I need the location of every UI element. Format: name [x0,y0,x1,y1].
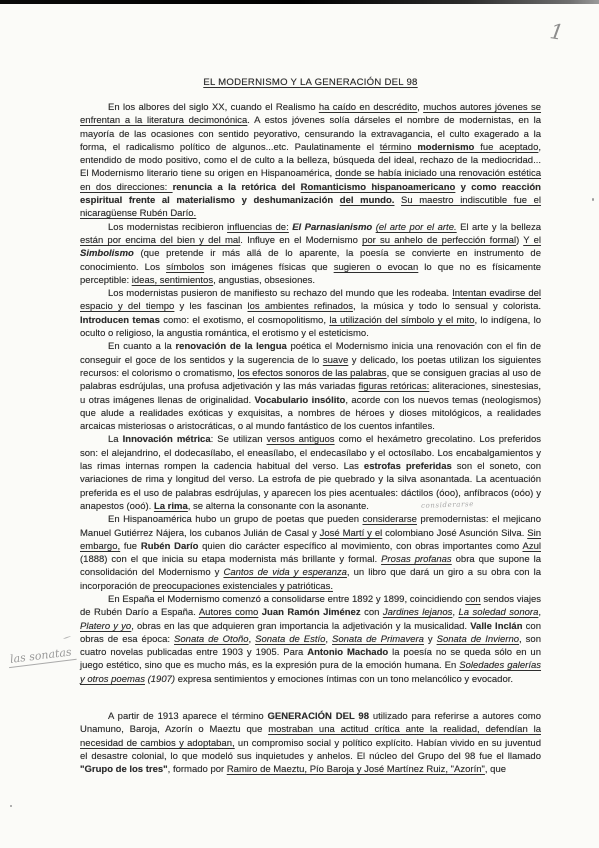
text-segment: , [538,607,541,618]
text-segment: expresa sentimientos y emociones íntimas… [175,674,513,685]
text-segment: Jardines lejanos [383,607,453,618]
text-segment: GENERACIÓN DEL 98 [268,711,370,722]
document-title: EL MODERNISMO Y LA GENERACIÓN DEL 98 [80,77,541,88]
text-segment: , formado por [168,764,227,775]
text-segment: : Se utilizan [211,434,267,445]
handwritten-margin-note: las sonatas [7,645,76,668]
text-segment: fue [120,541,141,552]
text-segment: , angustias, obsesiones. [213,275,315,286]
text-segment: los ambientes refinados [248,301,354,312]
text-segment: fue aceptado [474,142,538,153]
paragraph: A partir de 1913 aparece el término GENE… [80,710,541,776]
paragraph: En Hispanoamérica hubo un grupo de poeta… [80,513,541,593]
text-segment: Platero y yo [80,621,131,632]
text-segment: Romanticismo hispanoamericano [301,182,456,193]
text-segment: figuras retóricas: [359,381,430,392]
text-segment: Sonata de Estío [255,634,325,645]
text-segment: están por encima del bien y del mal [80,235,240,246]
text-segment: Sonata de Invierno [437,634,519,645]
text-segment: símbolos [166,262,204,273]
text-segment: Antonio Machado [307,647,388,658]
text-segment: . Influye en el Modernismo [240,235,362,246]
text-segment: modernismo [417,142,474,153]
text-segment: El Parnasianismo [292,222,372,233]
paragraph: En España el Modernismo comenzó a consol… [80,593,541,686]
text-segment: La soledad sonora [459,607,539,618]
text-segment: renuncia a la retórica del [173,182,301,193]
text-segment: versos antiguos [267,434,335,445]
text-segment: considerarse [363,514,417,525]
text-segment: El arte y la belleza [457,222,541,233]
text-segment: (1907) [145,674,175,685]
text-segment: la utilización del símbolo y el mito [329,315,474,326]
text-segment: Innovación métrica [123,434,211,445]
text-segment: son imágenes físicas que [204,262,334,273]
text-segment: En España el Modernismo comenzó a consol… [108,594,465,605]
text-segment: y [424,634,437,645]
text-segment: Vocabulario insólito [255,395,346,406]
text-segment: (el arte por el arte. [376,222,457,233]
text-segment: Autores como [199,607,258,618]
text-segment: sugieren o evocan [334,262,419,273]
scan-speckle [592,198,594,201]
text-segment: Rubén Darío [141,541,199,552]
text-segment: La [108,434,123,445]
text-segment: En Hispanoamérica hubo un grupo de poeta… [108,514,363,525]
paragraph: Los modernistas pusieron de manifiesto s… [80,287,541,340]
text-segment: Cantos de vida y esperanza [223,567,346,578]
text-segment: renovación de la lengua [175,341,286,352]
text-segment: Sonata de Otoño [174,634,249,645]
paragraph: Los modernistas recibieron influencias d… [80,221,541,287]
text-segment: , obras en las que adquieren gran import… [131,621,470,632]
text-segment: "Grupo de los tres" [80,764,168,775]
scanned-document-page: 1 EL MODERNISMO Y LA GENERACIÓN DEL 98 E… [0,0,599,848]
text-segment: , la música y todo lo sensual y colorist… [353,301,541,312]
text-segment: Los modernistas pusieron de manifiesto s… [108,288,452,299]
text-segment: Prosas profanas [381,554,452,565]
paragraph: En cuanto a la renovación de la lengua p… [80,340,541,433]
text-segment: Simbolismo [80,248,134,259]
text-segment: con [465,594,480,605]
scanner-edge-artifact [0,0,599,4]
paragraph: En los albores del siglo XX, cuando el R… [80,101,541,221]
text-segment: Ramiro de Maeztu, Pío Baroja y José Mart… [227,764,485,775]
text-segment: José Martí y el [320,528,383,539]
text-segment: estrofas preferidas [364,461,452,472]
document-body: En los albores del siglo XX, cuando el R… [80,101,541,777]
text-segment: ideas, sentimientos [132,275,213,286]
text-segment: término [380,142,418,153]
scan-speckle [10,805,12,807]
text-segment: quien dio carácter específico al movimie… [198,541,522,552]
text-segment: influencias de: [227,222,289,233]
text-segment: Azul [523,541,541,552]
text-segment: con [361,607,383,618]
text-segment: , que [485,764,506,775]
text-segment: Valle Inclán [470,621,522,632]
text-segment: A partir de 1913 aparece el término [108,711,268,722]
text-segment: Los modernistas recibieron [108,222,227,233]
text-segment: , se alterna la consonante con la asonan… [188,501,369,512]
text-segment: del mundo. [340,195,395,206]
text-segment: En los albores del siglo XX, cuando el R… [108,102,319,113]
handwritten-page-number: 1 [548,19,565,45]
text-segment: y les fascinan [174,301,247,312]
text-segment: Introducen temas [80,315,160,326]
text-segment: Sonata de Primavera [332,634,424,645]
text-segment: (1888) con el que inicia su etapa modern… [80,554,381,565]
text-segment: colombiano José Asunción Silva. [382,528,527,539]
text-segment: La rima [154,501,188,512]
text-segment: Juan Ramón Jiménez [262,607,361,618]
text-segment: preocupaciones existenciales y patriótic… [153,581,333,592]
text-segment: como: el exotismo, el cosmopolitismo, [160,315,329,326]
text-segment: suave [323,355,348,366]
text-segment: Y el [523,235,541,246]
text-segment: En cuanto a la [108,341,175,352]
text-segment: ha caído en descrédito [319,102,417,113]
pencil-stroke [63,636,71,640]
text-segment: por su anhelo de perfección formal [362,235,516,246]
text-segment: los efectos sonoros de las palabras [237,368,386,379]
